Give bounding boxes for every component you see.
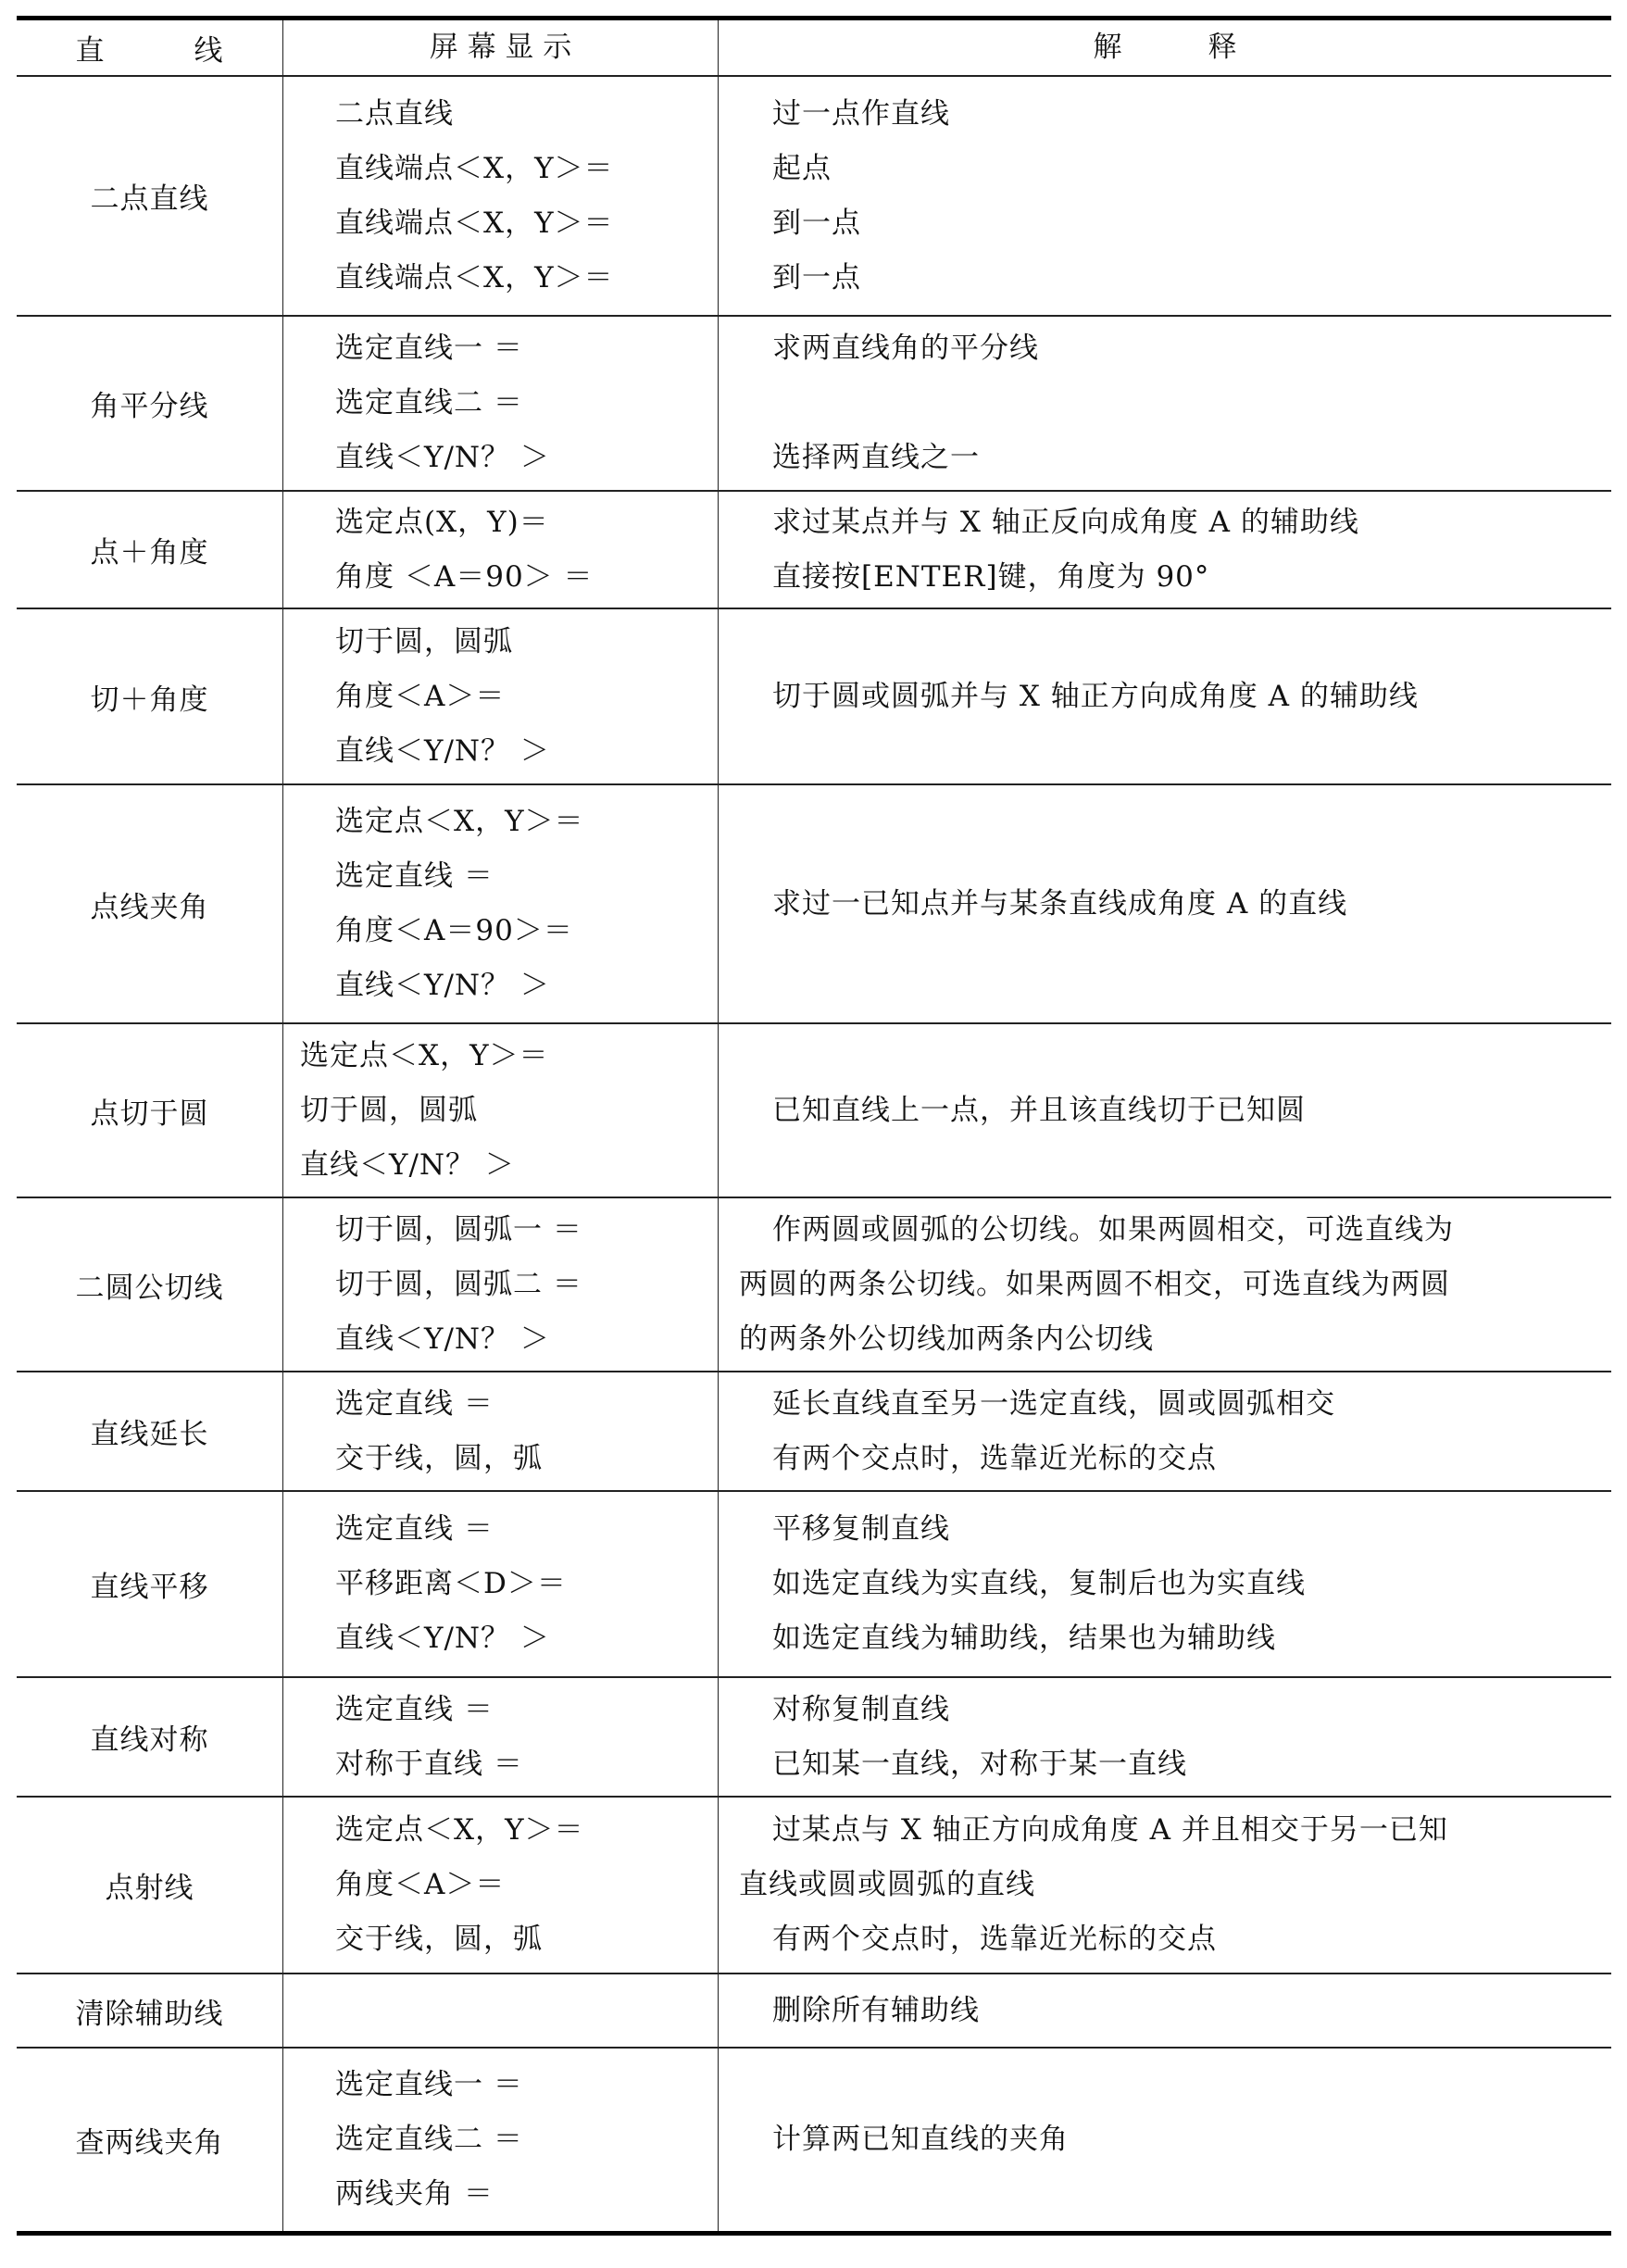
display-line: 选定点＜X，Y＞＝ (283, 1803, 718, 1858)
display-line: 切于圆，圆弧 (283, 1084, 718, 1138)
command-cell: 直线平移 (17, 1492, 283, 1676)
table-row: 清除辅助线 删除所有辅助线 (17, 1973, 1611, 2047)
command-cell: 点切于圆 (17, 1024, 283, 1197)
explanation-line: 如选定直线为实直线，复制后也为实直线 (719, 1557, 1611, 1611)
display-cell: 选定直线一 ＝ 选定直线二 ＝ 两线夹角 ＝ (283, 2049, 719, 2231)
display-cell: 选定点＜X，Y＞＝ 选定直线 ＝ 角度＜A＝90＞＝ 直线＜Y/N？ ＞ (283, 785, 719, 1022)
explanation-line: 选择两直线之一 (719, 431, 1611, 485)
explanation-line: 删除所有辅助线 (719, 1984, 1611, 2038)
table-row: 点＋角度 选定点(X，Y)＝ 角度 ＜A＝90＞ ＝ 求过某点并与 X 轴正反向… (17, 490, 1611, 608)
command-cell: 直线延长 (17, 1372, 283, 1490)
display-cell: 选定点＜X，Y＞＝ 切于圆，圆弧 直线＜Y/N？ ＞ (283, 1024, 719, 1197)
display-cell: 切于圆，圆弧 角度＜A＞＝ 直线＜Y/N？ ＞ (283, 609, 719, 783)
command-cell: 查两线夹角 (17, 2049, 283, 2231)
explanation-line: 切于圆或圆弧并与 X 轴正方向成角度 A 的辅助线 (719, 670, 1611, 724)
display-line: 选定直线 ＝ (283, 1377, 718, 1432)
command-name: 直线对称 (91, 1716, 209, 1758)
explanation-line: 计算两已知直线的夹角 (719, 2112, 1611, 2167)
header-line: 直 线 (17, 20, 283, 75)
header-explanation: 解 释 (719, 20, 1611, 75)
command-name: 直线平移 (91, 1563, 209, 1605)
explanation-line: 过某点与 X 轴正方向成角度 A 并且相交于另一已知 (719, 1803, 1611, 1858)
explanation-cell: 作两圆或圆弧的公切线。如果两圆相交，可选直线为 两圆的两条公切线。如果两圆不相交… (719, 1198, 1611, 1371)
display-cell (283, 1974, 719, 2047)
explanation-line: 求两直线角的平分线 (719, 321, 1611, 376)
explanation-line: 已知某一直线，对称于某一直线 (719, 1737, 1611, 1792)
display-line: 选定直线二 ＝ (283, 2112, 718, 2167)
display-line: 直线＜Y/N？ ＞ (283, 959, 718, 1013)
explanation-line: 延长直线直至另一选定直线，圆或圆弧相交 (719, 1377, 1611, 1432)
table-row: 直线对称 选定直线 ＝ 对称于直线 ＝ 对称复制直线 已知某一直线，对称于某一直… (17, 1676, 1611, 1796)
explanation-line (719, 376, 1611, 431)
explanation-line: 作两圆或圆弧的公切线。如果两圆相交，可选直线为 (719, 1203, 1611, 1258)
display-line: 选定点＜X，Y＞＝ (283, 795, 718, 849)
display-line: 两线夹角 ＝ (283, 2167, 718, 2222)
explanation-cell: 过一点作直线 起点 到一点 到一点 (719, 77, 1611, 315)
display-line: 对称于直线 ＝ (283, 1737, 718, 1792)
header-label: 解 释 (1094, 20, 1237, 75)
command-name: 点＋角度 (91, 529, 209, 570)
explanation-cell: 求两直线角的平分线 选择两直线之一 (719, 317, 1611, 490)
command-cell: 点射线 (17, 1798, 283, 1973)
table-row: 查两线夹角 选定直线一 ＝ 选定直线二 ＝ 两线夹角 ＝ 计算两已知直线的夹角 (17, 2047, 1611, 2231)
explanation-line: 已知直线上一点，并且该直线切于已知圆 (719, 1084, 1611, 1138)
display-line: 选定直线一 ＝ (283, 321, 718, 376)
explanation-line: 两圆的两条公切线。如果两圆不相交，可选直线为两圆 (719, 1258, 1611, 1312)
explanation-line: 到一点 (719, 251, 1611, 306)
command-name: 查两线夹角 (76, 2119, 224, 2161)
command-cell: 角平分线 (17, 317, 283, 490)
display-line: 平移距离＜D＞＝ (283, 1557, 718, 1611)
explanation-line: 直接按[ENTER]键，角度为 90° (719, 550, 1611, 605)
table-row: 角平分线 选定直线一 ＝ 选定直线二 ＝ 直线＜Y/N？ ＞ 求两直线角的平分线… (17, 315, 1611, 490)
display-line: 角度＜A＝90＞＝ (283, 904, 718, 959)
display-line: 直线＜Y/N？ ＞ (283, 1312, 718, 1367)
display-line: 切于圆，圆弧 (283, 615, 718, 670)
table-row: 点切于圆 选定点＜X，Y＞＝ 切于圆，圆弧 直线＜Y/N？ ＞ 已知直线上一点，… (17, 1022, 1611, 1197)
header-label: 直 线 (76, 27, 224, 69)
display-line: 选定直线二 ＝ (283, 376, 718, 431)
explanation-line: 有两个交点时，选靠近光标的交点 (719, 1432, 1611, 1486)
header-row: 直 线 屏 幕 显 示 解 释 (17, 20, 1611, 75)
display-line: 角度＜A＞＝ (283, 1858, 718, 1912)
command-cell: 切＋角度 (17, 609, 283, 783)
explanation-line: 过一点作直线 (719, 87, 1611, 142)
explanation-line: 有两个交点时，选靠近光标的交点 (719, 1912, 1611, 1967)
table-row: 二点直线 二点直线 直线端点＜X，Y＞＝ 直线端点＜X，Y＞＝ 直线端点＜X，Y… (17, 75, 1611, 315)
command-name: 直线延长 (91, 1410, 209, 1452)
explanation-line: 求过一已知点并与某条直线成角度 A 的直线 (719, 877, 1611, 932)
display-line: 直线＜Y/N？ ＞ (283, 431, 718, 485)
command-name: 切＋角度 (91, 676, 209, 718)
explanation-cell: 计算两已知直线的夹角 (719, 2049, 1611, 2231)
explanation-cell: 平移复制直线 如选定直线为实直线，复制后也为实直线 如选定直线为辅助线，结果也为… (719, 1492, 1611, 1676)
display-cell: 选定直线 ＝ 对称于直线 ＝ (283, 1678, 719, 1796)
display-line: 直线＜Y/N？ ＞ (283, 1611, 718, 1666)
table-row: 点射线 选定点＜X，Y＞＝ 角度＜A＞＝ 交于线，圆，弧 过某点与 X 轴正方向… (17, 1796, 1611, 1973)
command-name: 点切于圆 (91, 1090, 209, 1132)
display-line: 直线端点＜X，Y＞＝ (283, 251, 718, 306)
command-cell: 清除辅助线 (17, 1974, 283, 2047)
explanation-line: 求过某点并与 X 轴正反向成角度 A 的辅助线 (719, 495, 1611, 550)
display-line: 直线＜Y/N？ ＞ (283, 1138, 718, 1193)
display-line: 选定直线 ＝ (283, 849, 718, 904)
display-line: 选定直线 ＝ (283, 1683, 718, 1737)
command-cell: 点＋角度 (17, 492, 283, 608)
command-name: 清除辅助线 (76, 1990, 224, 2032)
explanation-line: 如选定直线为辅助线，结果也为辅助线 (719, 1611, 1611, 1666)
table-row: 直线平移 选定直线 ＝ 平移距离＜D＞＝ 直线＜Y/N？ ＞ 平移复制直线 如选… (17, 1490, 1611, 1676)
display-line: 选定直线 ＝ (283, 1502, 718, 1557)
explanation-line: 平移复制直线 (719, 1502, 1611, 1557)
explanation-line: 直线或圆或圆弧的直线 (719, 1858, 1611, 1912)
display-cell: 选定直线 ＝ 交于线，圆，弧 (283, 1372, 719, 1490)
display-line: 角度＜A＞＝ (283, 670, 718, 724)
display-cell: 切于圆，圆弧一 ＝ 切于圆，圆弧二 ＝ 直线＜Y/N？ ＞ (283, 1198, 719, 1371)
explanation-cell: 切于圆或圆弧并与 X 轴正方向成角度 A 的辅助线 (719, 609, 1611, 783)
display-line: 选定直线一 ＝ (283, 2058, 718, 2112)
explanation-cell: 求过一已知点并与某条直线成角度 A 的直线 (719, 785, 1611, 1022)
explanation-cell: 延长直线直至另一选定直线，圆或圆弧相交 有两个交点时，选靠近光标的交点 (719, 1372, 1611, 1490)
explanation-cell: 求过某点并与 X 轴正反向成角度 A 的辅助线 直接按[ENTER]键，角度为 … (719, 492, 1611, 608)
header-screen-display: 屏 幕 显 示 (283, 20, 719, 75)
table-row: 切＋角度 切于圆，圆弧 角度＜A＞＝ 直线＜Y/N？ ＞ 切于圆或圆弧并与 X … (17, 608, 1611, 783)
explanation-line: 的两条外公切线加两条内公切线 (719, 1312, 1611, 1367)
display-line: 直线＜Y/N？ ＞ (283, 724, 718, 779)
command-name: 二圆公切线 (76, 1264, 224, 1306)
command-cell: 二点直线 (17, 77, 283, 315)
display-cell: 选定直线 ＝ 平移距离＜D＞＝ 直线＜Y/N？ ＞ (283, 1492, 719, 1676)
explanation-line: 到一点 (719, 196, 1611, 251)
display-line: 角度 ＜A＝90＞ ＝ (283, 550, 718, 605)
table-row: 二圆公切线 切于圆，圆弧一 ＝ 切于圆，圆弧二 ＝ 直线＜Y/N？ ＞ 作两圆或… (17, 1197, 1611, 1371)
command-cell: 直线对称 (17, 1678, 283, 1796)
display-cell: 二点直线 直线端点＜X，Y＞＝ 直线端点＜X，Y＞＝ 直线端点＜X，Y＞＝ (283, 77, 719, 315)
display-line: 切于圆，圆弧二 ＝ (283, 1258, 718, 1312)
display-line: 交于线，圆，弧 (283, 1432, 718, 1486)
explanation-line: 起点 (719, 142, 1611, 196)
display-line: 交于线，圆，弧 (283, 1912, 718, 1967)
explanation-cell: 删除所有辅助线 (719, 1974, 1611, 2047)
table-row: 直线延长 选定直线 ＝ 交于线，圆，弧 延长直线直至另一选定直线，圆或圆弧相交 … (17, 1371, 1611, 1490)
command-table: 直 线 屏 幕 显 示 解 释 二点直线 二点直线 直线端点＜X，Y＞＝ 直线端… (17, 16, 1611, 2236)
table-row: 点线夹角 选定点＜X，Y＞＝ 选定直线 ＝ 角度＜A＝90＞＝ 直线＜Y/N？ … (17, 783, 1611, 1022)
command-cell: 二圆公切线 (17, 1198, 283, 1371)
display-line: 选定点(X，Y)＝ (283, 495, 718, 550)
command-name: 二点直线 (91, 175, 209, 217)
explanation-cell: 过某点与 X 轴正方向成角度 A 并且相交于另一已知 直线或圆或圆弧的直线 有两… (719, 1798, 1611, 1973)
explanation-cell: 对称复制直线 已知某一直线，对称于某一直线 (719, 1678, 1611, 1796)
header-label: 屏 幕 显 示 (430, 20, 572, 75)
display-line: 二点直线 (283, 87, 718, 142)
display-line: 直线端点＜X，Y＞＝ (283, 196, 718, 251)
command-cell: 点线夹角 (17, 785, 283, 1022)
command-name: 点线夹角 (91, 883, 209, 925)
explanation-cell: 已知直线上一点，并且该直线切于已知圆 (719, 1024, 1611, 1197)
command-name: 角平分线 (91, 382, 209, 424)
display-cell: 选定点(X，Y)＝ 角度 ＜A＝90＞ ＝ (283, 492, 719, 608)
display-line: 直线端点＜X，Y＞＝ (283, 142, 718, 196)
display-cell: 选定点＜X，Y＞＝ 角度＜A＞＝ 交于线，圆，弧 (283, 1798, 719, 1973)
bottom-rule (17, 2231, 1611, 2236)
command-name: 点射线 (106, 1864, 194, 1906)
explanation-line: 对称复制直线 (719, 1683, 1611, 1737)
display-cell: 选定直线一 ＝ 选定直线二 ＝ 直线＜Y/N？ ＞ (283, 317, 719, 490)
display-line: 切于圆，圆弧一 ＝ (283, 1203, 718, 1258)
display-line: 选定点＜X，Y＞＝ (283, 1029, 718, 1084)
